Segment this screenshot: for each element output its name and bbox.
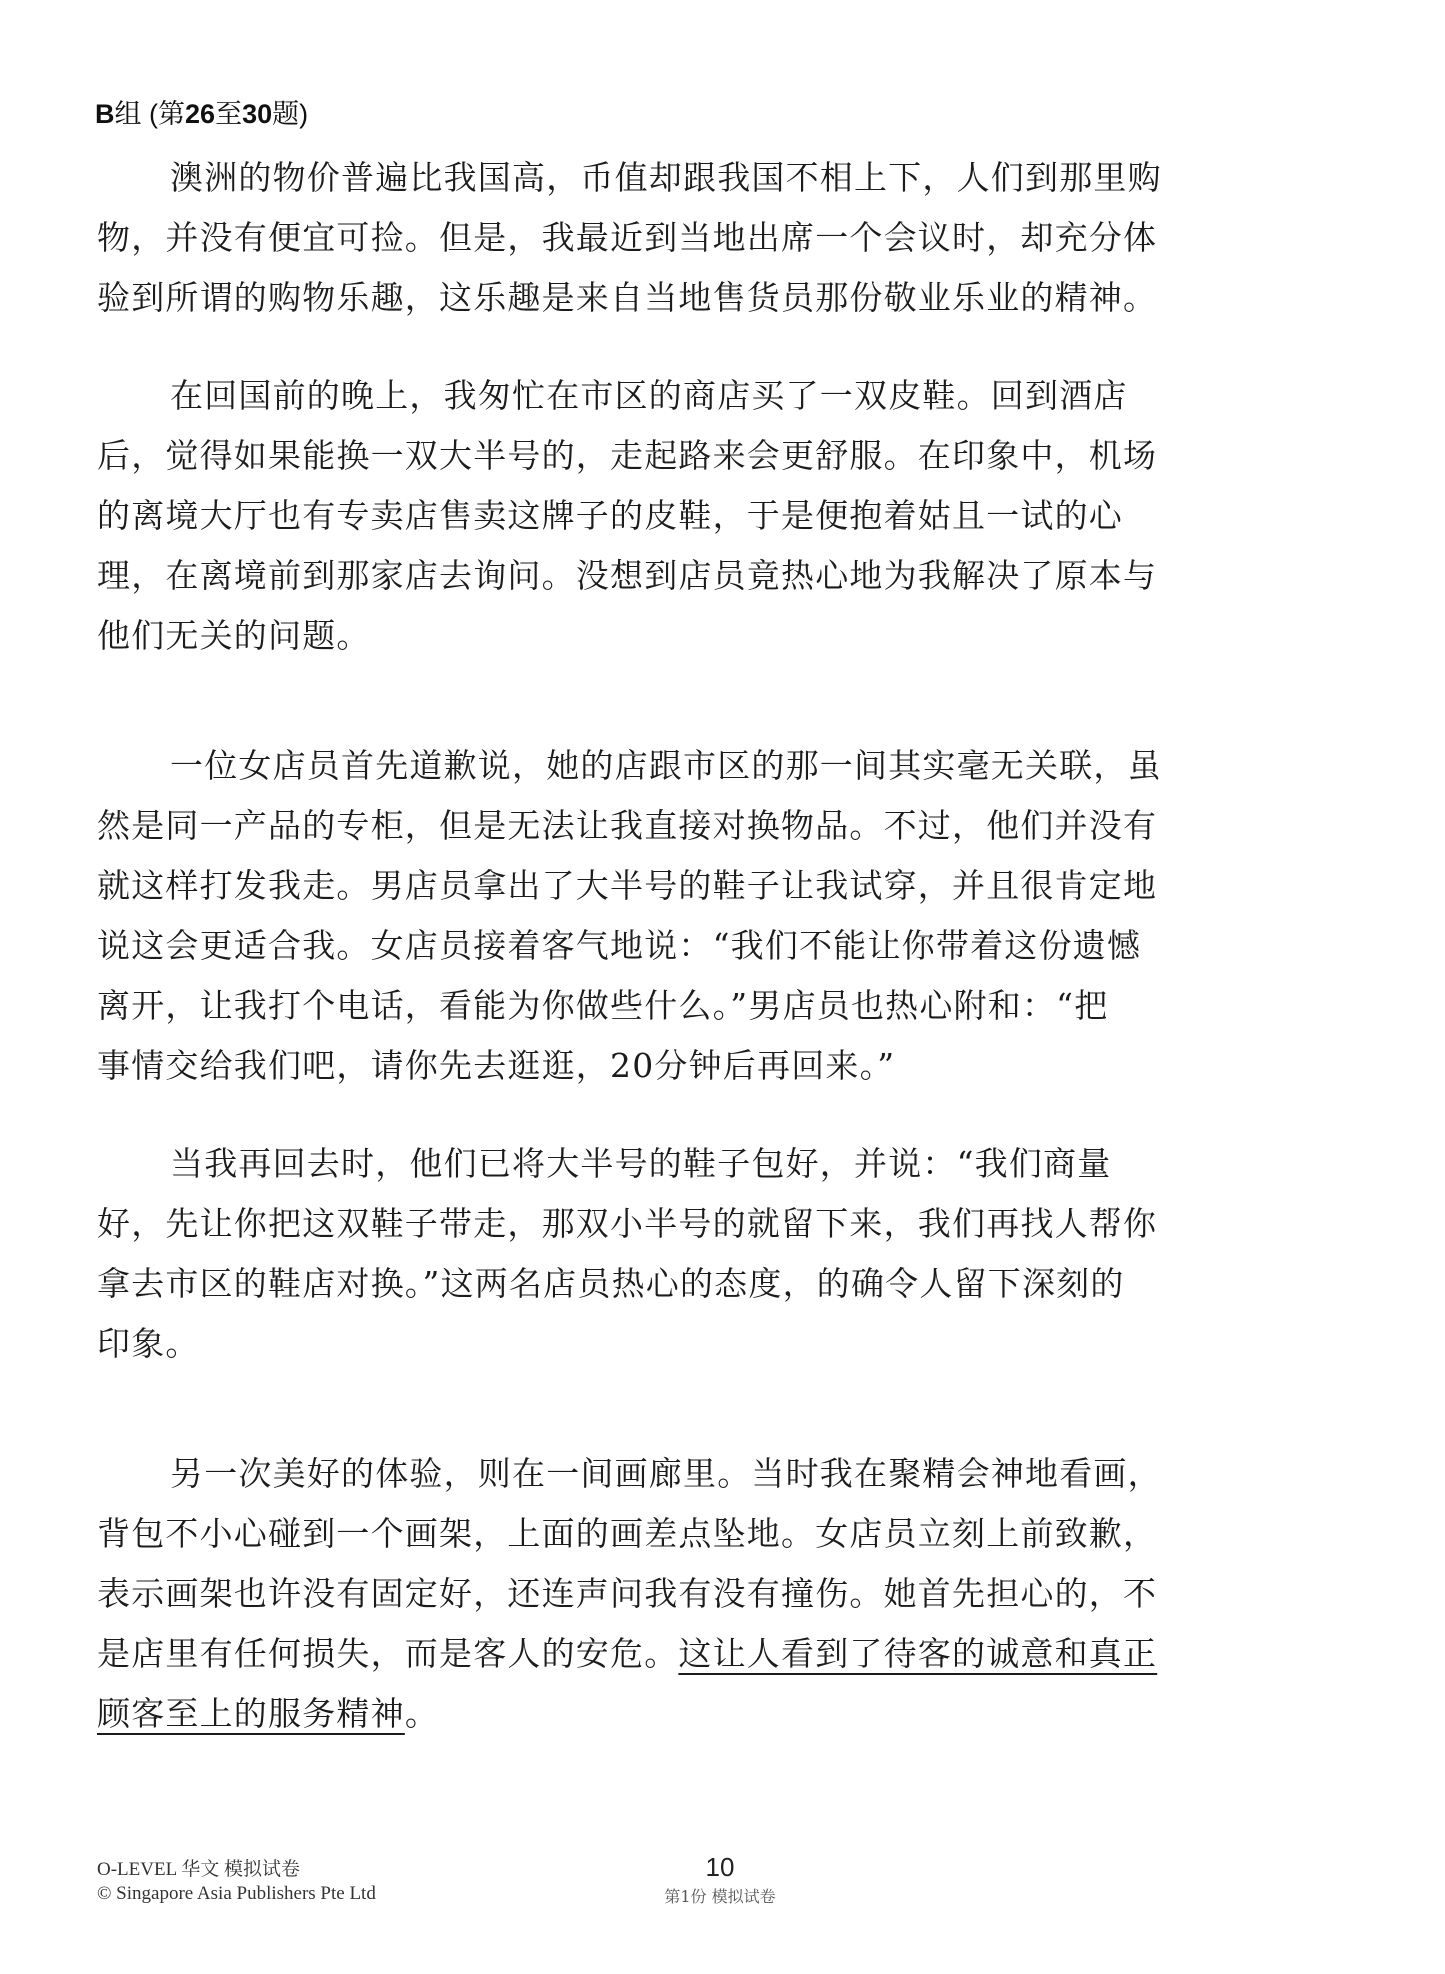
paper-label: 第1份 模拟试卷 bbox=[620, 1884, 820, 1907]
passage-line: 就这样打发我走。男店员拿出了大半号的鞋子让我试穿，并且很肯定地 bbox=[97, 866, 1337, 906]
passage-line: 然是同一产品的专柜，但是无法让我直接对换物品。不过，他们并没有 bbox=[97, 806, 1337, 846]
passage-line: 澳洲的物价普遍比我国高，币值却跟我国不相上下，人们到那里购 bbox=[170, 158, 1410, 198]
section-heading: B组 (第26至30题) bbox=[95, 92, 308, 131]
group-letter: B bbox=[95, 99, 115, 129]
passage-line: 一位女店员首先道歉说，她的店跟市区的那一间其实毫无关联，虽 bbox=[170, 746, 1410, 786]
passage-text: 是店里有任何损失，而是客人的安危。 bbox=[97, 1634, 678, 1673]
sentence-end-period: 。 bbox=[405, 1694, 439, 1733]
page-number: 10 bbox=[680, 1852, 760, 1883]
copyright-notice: © Singapore Asia Publishers Pte Ltd bbox=[97, 1882, 376, 1906]
range-prefix: (第 bbox=[149, 99, 185, 129]
passage-line: 另一次美好的体验，则在一间画廊里。当时我在聚精会神地看画， bbox=[170, 1454, 1410, 1494]
passage-line: 印象。 bbox=[97, 1324, 1337, 1364]
passage-line: 背包不小心碰到一个画架，上面的画差点坠地。女店员立刻上前致歉， bbox=[97, 1514, 1337, 1554]
passage-line: 事情交给我们吧，请你先去逛逛，20分钟后再回来。” bbox=[97, 1046, 1337, 1086]
range-suffix: 题) bbox=[272, 99, 308, 129]
passage-line: 好，先让你把这双鞋子带走，那双小半号的就留下来，我们再找人帮你 bbox=[97, 1204, 1337, 1244]
passage-line: 说这会更适合我。女店员接着客气地说：“我们不能让你带着这份遗憾 bbox=[97, 926, 1337, 966]
range-mid: 至 bbox=[215, 99, 242, 129]
passage-line: 他们无关的问题。 bbox=[97, 616, 1337, 656]
passage-line: 是店里有任何损失，而是客人的安危。这让人看到了待客的诚意和真正 bbox=[97, 1634, 1337, 1674]
passage-line: 顾客至上的服务精神。 bbox=[97, 1694, 1337, 1734]
passage-line: 表示画架也许没有固定好，还连声问我有没有撞伤。她首先担心的，不 bbox=[97, 1574, 1337, 1614]
footer-left: O-LEVEL 华文 模拟试卷 © Singapore Asia Publish… bbox=[97, 1858, 376, 1906]
underlined-sentence-part2: 顾客至上的服务精神 bbox=[97, 1694, 405, 1733]
passage-line: 在回国前的晚上，我匆忙在市区的商店买了一双皮鞋。回到酒店 bbox=[170, 376, 1410, 416]
passage-line: 后，觉得如果能换一双大半号的，走起路来会更舒服。在印象中，机场 bbox=[97, 436, 1337, 476]
range-start: 26 bbox=[185, 99, 215, 129]
passage-line: 离开，让我打个电话，看能为你做些什么。”男店员也热心附和：“把 bbox=[97, 986, 1337, 1026]
book-title: O-LEVEL 华文 模拟试卷 bbox=[97, 1858, 376, 1882]
passage-line: 物，并没有便宜可捡。但是，我最近到当地出席一个会议时，却充分体 bbox=[97, 218, 1337, 258]
range-end: 30 bbox=[242, 99, 272, 129]
passage-line: 验到所谓的购物乐趣，这乐趣是来自当地售货员那份敬业乐业的精神。 bbox=[97, 278, 1337, 318]
group-suffix: 组 bbox=[115, 99, 142, 129]
passage-line: 拿去市区的鞋店对换。”这两名店员热心的态度，的确令人留下深刻的 bbox=[97, 1264, 1337, 1304]
passage-line: 当我再回去时，他们已将大半号的鞋子包好，并说：“我们商量 bbox=[170, 1144, 1410, 1184]
underlined-sentence-part1: 这让人看到了待客的诚意和真正 bbox=[678, 1634, 1157, 1673]
passage-line: 的离境大厅也有专卖店售卖这牌子的皮鞋，于是便抱着姑且一试的心 bbox=[97, 496, 1337, 536]
passage-line: 理，在离境前到那家店去询问。没想到店员竟热心地为我解决了原本与 bbox=[97, 556, 1337, 596]
